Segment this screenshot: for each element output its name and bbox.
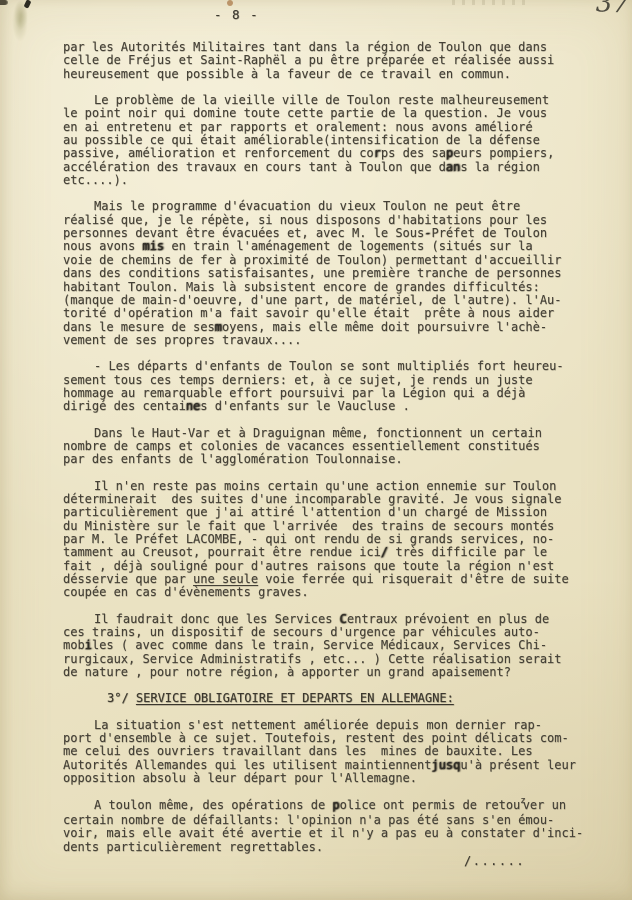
- text-line: fait , déjà souligné pour d'autres raiso…: [63, 560, 608, 573]
- text-line: opposition absolu à leur départ pour l'A…: [63, 772, 608, 785]
- text-line: au possible ce qui était améliorable(int…: [63, 134, 608, 147]
- edge-mark: [0, 0, 8, 5]
- text-line: réalisé que, je le répète, si nous dispo…: [63, 214, 608, 227]
- ghost-dots: [452, 0, 530, 5]
- paragraph-7: Il faudrait donc que les Services Centra…: [63, 613, 608, 680]
- text-line: Il n'en reste pas moins certain qu'une a…: [63, 480, 608, 493]
- text-line: par les Autorités Militaires tant dans l…: [63, 41, 608, 54]
- text-line: (manque de main-d'oeuvre, d'une part, de…: [63, 294, 608, 307]
- page: - 8 - 37 par les Autorités Militaires ta…: [0, 0, 632, 900]
- text-line: torité d'opération m'a fait savoir qu'el…: [63, 307, 608, 320]
- text-line: 3°/ SERVICE OBLIGATOIRE ET DEPARTS EN AL…: [107, 692, 608, 705]
- text-line: mobiles ( avec comme dans le train, Serv…: [63, 639, 608, 652]
- text-line: Dans le Haut-Var et à Draguignan même, f…: [63, 427, 608, 440]
- paper-spot: [227, 0, 233, 6]
- text-line: nous avons mis en train l'aménagement de…: [63, 240, 608, 253]
- text-line: habitant Toulon. Mais là subsistent enco…: [63, 281, 608, 294]
- edge-mark: [0, 0, 6, 5]
- text-line: voie de chemins de fer à proximité de To…: [63, 254, 608, 267]
- text-line: rurgicaux, Service Administratifs , etc.…: [63, 653, 608, 666]
- text-line: me celui des ouvriers travaillant dans l…: [63, 745, 608, 758]
- paragraph-9: A toulon même, des opérations de police …: [63, 799, 608, 854]
- page-number: - 8 -: [214, 7, 259, 22]
- text-line: tamment au Creusot, pourrait être rendue…: [63, 546, 608, 559]
- text-line: sement tous ces temps derniers: et, à ce…: [63, 374, 608, 387]
- text-line: Mais le programme d'évacuation du vieux …: [63, 200, 608, 213]
- paragraph-1: par les Autorités Militaires tant dans l…: [63, 41, 608, 81]
- paragraph-2: Le problème de la vieille ville de Toulo…: [63, 94, 608, 187]
- text-line: dirigé des centaines d'enfants sur le Va…: [63, 400, 608, 413]
- text-line: heureusement que possible à la faveur de…: [63, 68, 608, 81]
- text-line: voir, mais elle avait été avertie et il …: [63, 827, 608, 840]
- text-line: dans le mesure de sesmoyens, mais elle m…: [63, 321, 608, 334]
- edge-mark: [0, 0, 5, 4]
- section-heading: 3°/ SERVICE OBLIGATOIRE ET DEPARTS EN AL…: [63, 692, 608, 705]
- text-line: particulièrement que j'ai attiré l'atten…: [63, 506, 608, 519]
- continuation-mark: /......: [464, 854, 525, 868]
- text-line: La situation s'est nettement améliorée d…: [63, 719, 608, 732]
- text-line: par des enfants de l'agglomération Toulo…: [63, 453, 608, 466]
- text-line: - Les départs d'enfants de Toulon se son…: [63, 360, 608, 373]
- text-line: celle de Fréjus et Saint-Raphël a pu êtr…: [63, 54, 608, 67]
- text-line: hommage au remarquable effort poursuivi …: [63, 387, 608, 400]
- paragraph-5: Dans le Haut-Var et à Draguignan même, f…: [63, 427, 608, 467]
- paragraph-8: La situation s'est nettement améliorée d…: [63, 719, 608, 786]
- text-line: passive, amélioration et renforcement du…: [63, 147, 608, 160]
- text-line: coupée en cas d'évènements graves.: [63, 586, 608, 599]
- text-line: Il faudrait donc que les Services Centra…: [63, 613, 608, 626]
- text-line: de nature , pour notre région, à apporte…: [63, 666, 608, 679]
- paragraph-6: Il n'en reste pas moins certain qu'une a…: [63, 480, 608, 600]
- margin-smudge: [12, 0, 28, 42]
- text-line: accélération des travaux en cours tant à…: [63, 161, 608, 174]
- text-line: du Ministère sur le fait que l'arrivée d…: [63, 520, 608, 533]
- text-line: Autorités Allemandes qui les utilisent m…: [63, 759, 608, 772]
- edge-mark: [0, 0, 5, 4]
- paragraph-4: - Les départs d'enfants de Toulon se son…: [63, 360, 608, 413]
- handwritten-corner-number: 37: [595, 0, 630, 20]
- edge-mark: [0, 0, 7, 5]
- margin-smudge: [14, 0, 28, 30]
- text-line: vement de ses propres travaux....: [63, 334, 608, 347]
- text-line: port d'ensemble à ce sujet. Toutefois, r…: [63, 732, 608, 745]
- text-line: dents particulièrement regrettables.: [63, 841, 608, 854]
- text-line: certain nombre de défaillants: l'opinion…: [63, 814, 608, 827]
- text-line: le point noir qui domine toute cette par…: [63, 107, 608, 120]
- text-line: nombre de camps et colonies de vacances …: [63, 440, 608, 453]
- margin-ink-tick: [24, 0, 32, 9]
- edge-mark: [0, 0, 6, 4]
- text-line: dans des conditions satisfaisantes, une …: [63, 267, 608, 280]
- text-line: déterminerait des suites d'une incompara…: [63, 493, 608, 506]
- text-line: en ai entretenu et par rapports et orale…: [63, 121, 608, 134]
- document-body: par les Autorités Militaires tant dans l…: [63, 41, 608, 867]
- text-line: Le problème de la vieille ville de Toulo…: [63, 94, 608, 107]
- paragraph-3: Mais le programme d'évacuation du vieux …: [63, 200, 608, 347]
- text-line: etc....).: [63, 174, 608, 187]
- text-line: A toulon même, des opérations de police …: [63, 799, 608, 814]
- text-line: désservie que par une seule voie ferrée …: [63, 573, 608, 586]
